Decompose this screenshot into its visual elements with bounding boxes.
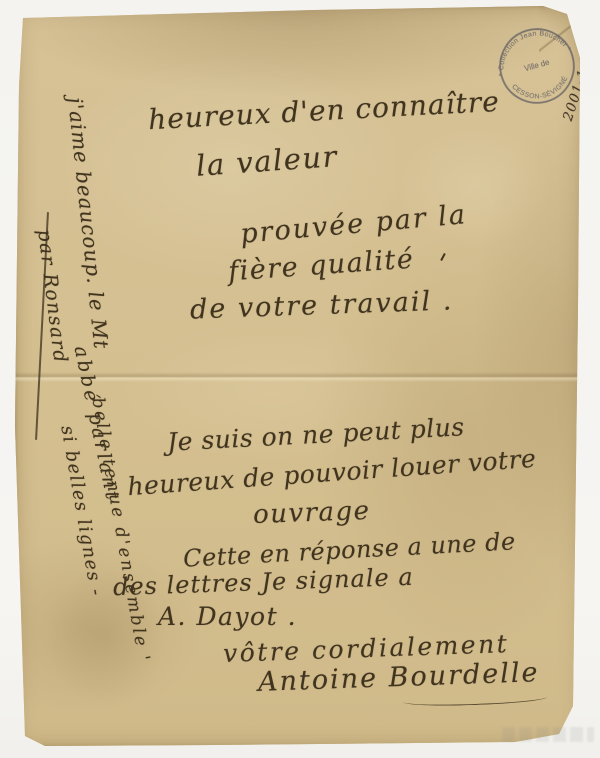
stamp-center-text: Ville de	[523, 57, 551, 73]
letter-line: A. Dayot .	[158, 602, 297, 631]
scanned-letter-photo: heureux d'en connaître la valeur prouvée…	[0, 0, 600, 758]
horizontal-fold-crease	[15, 372, 583, 382]
margin-note-line: j'aime beaucoup. le Mt	[63, 96, 113, 350]
letter-line: ouvrage	[253, 496, 372, 530]
watermark	[502, 727, 594, 742]
accent-tick-mark	[440, 253, 446, 261]
letter-paper: heureux d'en connaître la valeur prouvée…	[15, 6, 583, 747]
letter-line: heureux d'en connaître	[147, 85, 500, 136]
letter-line: la valeur	[195, 139, 339, 183]
signature-underline	[403, 691, 547, 707]
letter-line: prouvée par la	[239, 199, 468, 250]
letter-line: Je suis on ne peut plus	[166, 412, 465, 457]
letter-line: de votre travail .	[190, 285, 454, 325]
margin-note-line: par Ronsard	[33, 228, 71, 365]
letter-line: des lettres Je signale a	[113, 563, 414, 601]
letter-line: fière qualité	[227, 244, 415, 288]
margin-note-line: belle tenue d'ensemble '	[87, 396, 153, 665]
